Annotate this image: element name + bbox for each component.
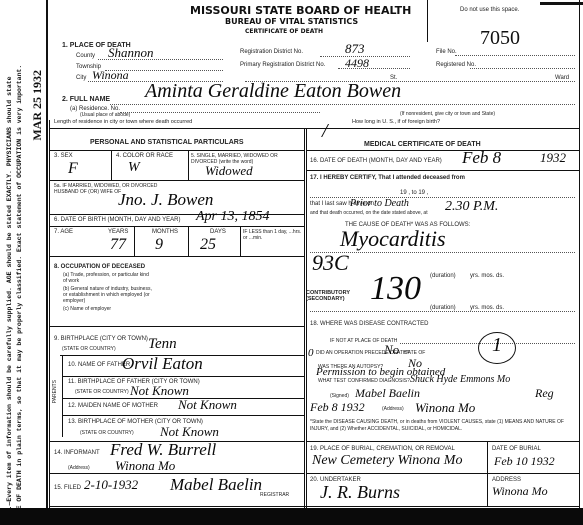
filed-label: 15. FILED xyxy=(54,485,81,491)
months-label: MONTHS xyxy=(152,229,178,235)
signed-date: Feb 8 1932 xyxy=(310,400,365,415)
race-value: W xyxy=(128,160,140,176)
registrar-value: Mabel Baelin xyxy=(170,475,262,495)
full-name-value: Aminta Geraldine Eaton Bowen xyxy=(145,80,401,103)
row-line-8 xyxy=(49,326,304,327)
row-line-16 xyxy=(306,170,579,171)
mother-name-label: 12. MAIDEN NAME OF MOTHER xyxy=(68,403,158,409)
county-label: County xyxy=(76,53,95,59)
dob-value: Apr 13, 1854 xyxy=(196,209,270,225)
father-birthplace-state-label: (STATE OR COUNTRY) xyxy=(75,389,129,395)
spouse-value: Jno. J. Bowen xyxy=(118,190,213,210)
file-number-stamp: 7050 xyxy=(480,27,520,50)
length-of-residence-label: Length of residence in city or town wher… xyxy=(54,119,192,125)
full-name-line xyxy=(110,104,575,105)
footnote: *State the DISEASE CAUSING DEATH, or in … xyxy=(310,419,575,433)
file-no-line xyxy=(455,55,575,56)
contributory-code: 130 xyxy=(370,270,421,308)
address-value: Winona Mo xyxy=(415,400,475,416)
occupation-b: (b) General nature of industry, business… xyxy=(63,286,153,304)
birthplace-label: 9. BIRTHPLACE (CITY OR TOWN) xyxy=(54,336,148,342)
contributory-label: CONTRIBUTORY (SECONDARY) xyxy=(306,290,366,302)
document-title: MISSOURI STATE BOARD OF HEALTH xyxy=(190,4,411,17)
duration-label-1: (duration) xyxy=(430,273,456,279)
age-col-2 xyxy=(188,226,189,256)
registration-district-value: 873 xyxy=(345,41,365,57)
dob-label: 6. DATE OF BIRTH (MONTH, DAY AND YEAR) xyxy=(54,217,180,223)
medical-header-line xyxy=(306,150,579,151)
filed-value: 2-10-1932 xyxy=(84,477,138,493)
informant-address-value: Winona Mo xyxy=(115,458,175,474)
city-label: City xyxy=(76,75,86,81)
do-not-use-label: Do not use this space. xyxy=(460,7,519,13)
row-line-12 xyxy=(62,415,304,416)
side-instructions-line1: N. B.—Every item of information should b… xyxy=(6,25,13,525)
parents-bracket xyxy=(62,355,63,437)
father-name-value: Orvil Eaton xyxy=(122,354,203,374)
father-name-label: 10. NAME OF FATHER xyxy=(68,362,130,368)
row-line-6 xyxy=(49,226,304,227)
how-long-label: How long in U. S., if of foreign birth? xyxy=(352,119,440,125)
cause-codes: 93C xyxy=(312,250,349,276)
date-of-death-value: Feb 8 xyxy=(462,148,501,168)
certify-line4: and that death occurred, on the date sta… xyxy=(310,210,428,216)
medical-top-mark: / xyxy=(322,120,328,143)
burial-date-label: DATE OF BURIAL xyxy=(492,446,541,452)
where-contracted-label: 18. WHERE WAS DISEASE CONTRACTED xyxy=(310,321,428,327)
undertaker-value: J. R. Burns xyxy=(320,482,400,503)
row-line-3 xyxy=(49,180,304,181)
signed-label: (Signed) xyxy=(330,393,349,399)
header-divider xyxy=(427,0,428,42)
left-border-inner xyxy=(49,120,50,508)
signed-value: Mabel Baelin xyxy=(355,386,420,401)
duration-units-1: yrs. mos. ds. xyxy=(470,273,504,279)
address-label: (Address) xyxy=(382,406,404,412)
race-marital-divider xyxy=(188,150,189,180)
birthplace-value: Tenn xyxy=(148,336,177,353)
months-value: 9 xyxy=(155,236,163,254)
file-no-label: File No. xyxy=(436,49,457,55)
mother-birthplace-value: Not Known xyxy=(160,424,219,440)
medical-header: MEDICAL CERTIFICATE OF DEATH xyxy=(364,141,481,148)
informant-value: Fred W. Burrell xyxy=(110,440,216,460)
county-line xyxy=(98,59,223,60)
cause-line xyxy=(310,252,575,253)
column-divider-2 xyxy=(306,128,307,508)
informant-label: 14. INFORMANT xyxy=(54,450,100,456)
column-divider xyxy=(304,128,305,508)
certify-label: 17. I HEREBY CERTIFY, That I attended de… xyxy=(310,175,465,181)
full-name-label: 2. FULL NAME xyxy=(62,96,110,103)
circled-mark-value: 1 xyxy=(492,334,502,357)
sex-value: F xyxy=(68,160,78,178)
time-of-death: 2.30 P.M. xyxy=(445,199,498,215)
registrar-label: REGISTRAR xyxy=(260,492,289,498)
primary-registration-label: Primary Registration District No. xyxy=(240,62,325,68)
date-of-death-label: 16. DATE OF DEATH (MONTH, DAY AND YEAR) xyxy=(310,158,442,164)
section-divider-top xyxy=(49,128,579,129)
sex-race-divider xyxy=(111,150,112,180)
diagnosis-value: Shuck Hyde Emmons Mo xyxy=(410,374,510,385)
mother-birthplace-state-label: (STATE OR COUNTRY) xyxy=(80,430,134,436)
days-value: 25 xyxy=(200,236,216,254)
personal-header-line xyxy=(49,150,304,151)
mother-name-value: Not Known xyxy=(178,397,237,413)
operation-value: No xyxy=(384,342,399,358)
years-label: YEARS xyxy=(108,229,128,235)
left-border xyxy=(46,0,48,508)
received-stamp: MAR 25 1932 xyxy=(30,70,45,141)
row-line-7 xyxy=(49,256,304,257)
nonresident-note: (If nonresident, give city or town and S… xyxy=(400,111,495,117)
occupation-a: (a) Trade, profession, or particular kin… xyxy=(63,272,153,284)
side-instructions-line2: CAUSE OF DEATH in plain terms, so that i… xyxy=(16,25,23,525)
row-line-14 xyxy=(49,473,304,474)
scan-bottom-edge xyxy=(0,508,583,525)
burial-value: New Cemetery Winona Mo xyxy=(312,453,462,469)
signed-suffix: Reg xyxy=(535,386,554,401)
years-value: 77 xyxy=(110,236,126,254)
row-line-10 xyxy=(62,376,304,377)
diagnosis-label: WHAT TEST CONFIRMED DIAGNOSIS? xyxy=(318,378,410,384)
right-border xyxy=(579,0,580,508)
top-border xyxy=(540,2,583,5)
sex-label: 3. SEX xyxy=(54,153,73,159)
residence-line xyxy=(120,112,320,113)
duration-line-2 xyxy=(310,311,575,312)
burial-label: 19. PLACE OF BURIAL, CREMATION, OR REMOV… xyxy=(310,446,455,452)
days-label: DAYS xyxy=(210,229,226,235)
personal-header: PERSONAL AND STATISTICAL PARTICULARS xyxy=(90,139,243,146)
informant-address-label: (Address) xyxy=(68,465,90,471)
burial-date-value: Feb 10 1932 xyxy=(494,454,555,469)
occupation-c: (c) Name of employer xyxy=(63,306,111,312)
age-col-3 xyxy=(240,226,241,256)
date-of-death-year: 1932 xyxy=(540,150,566,166)
primary-registration-line xyxy=(338,68,410,69)
cause-value: Myocarditis xyxy=(340,226,446,252)
row-line-15 xyxy=(49,506,579,507)
registered-no-line xyxy=(470,68,575,69)
row-line-19 xyxy=(306,473,579,474)
race-label: 4. COLOR OR RACE xyxy=(116,153,173,159)
row-line-footnote xyxy=(306,441,579,442)
operation-mark: 0 xyxy=(308,347,314,359)
occupation-label: 8. OCCUPATION OF DECEASED xyxy=(54,264,145,270)
document-subtitle: BUREAU OF VITAL STATISTICS xyxy=(225,17,358,26)
age-col-1 xyxy=(134,226,135,256)
less-than-label: IF LESS than 1 day, ...hrs. or ...min. xyxy=(243,229,303,241)
certify-line2: 19 , to 19 , xyxy=(400,190,428,196)
age-label: 7. AGE xyxy=(54,229,73,235)
undertaker-address-label: ADDRESS xyxy=(492,477,521,483)
marital-value: Widowed xyxy=(205,163,253,179)
certify-line3-value: Prior to Death xyxy=(350,198,409,209)
registration-district-label: Registration District No. xyxy=(240,49,303,55)
form-name: CERTIFICATE OF DEATH xyxy=(245,28,323,35)
undertaker-address-value: Winona Mo xyxy=(492,484,548,499)
parents-side-label: PARENTS xyxy=(52,380,58,403)
birthplace-state-label: (STATE OR COUNTRY) xyxy=(62,346,116,352)
